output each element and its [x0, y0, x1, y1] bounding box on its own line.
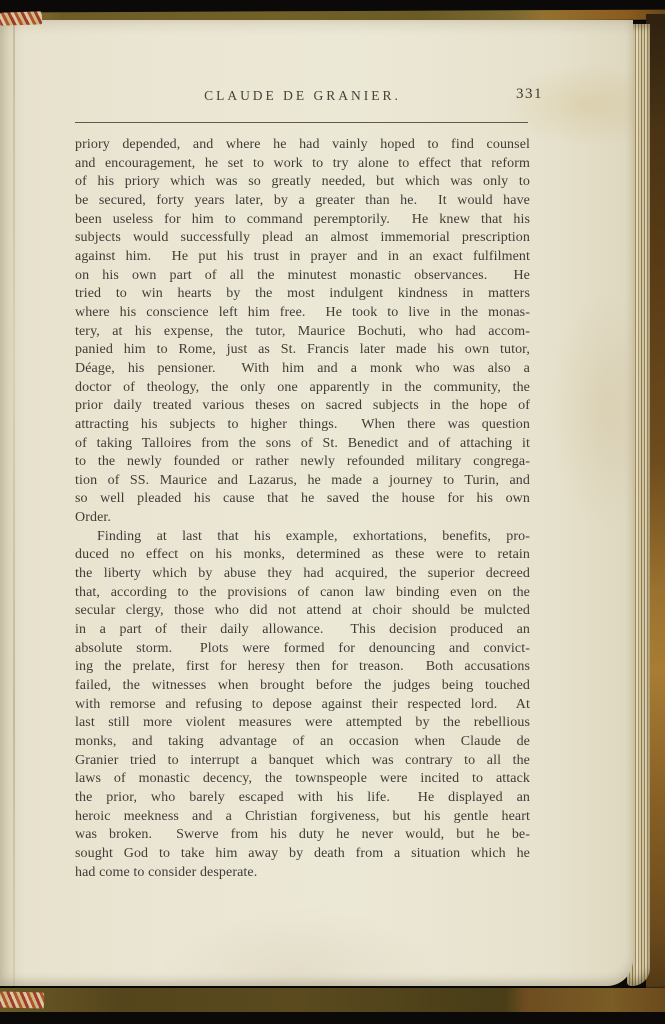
text-line: against him. He put his trust in prayer …: [75, 248, 530, 267]
text-line: tried to win hearts by the most indulgen…: [75, 285, 530, 304]
running-header: CLAUDE DE GRANIER. 331: [75, 86, 530, 110]
text-line: Granier tried to interrupt a banquet whi…: [75, 752, 530, 771]
text-line: duced no effect on his monks, determined…: [75, 546, 530, 565]
text-line: panied him to Rome, just as St. Francis …: [75, 341, 530, 360]
text-line: where his conscience left him free. He t…: [75, 304, 530, 323]
text-line: of taking Talloires from the sons of St.…: [75, 435, 530, 454]
text-line: subjects would successfully plead an alm…: [75, 229, 530, 248]
text-line: failed, the witnesses when brought befor…: [75, 677, 530, 696]
text-line: the liberty which by abuse they had acqu…: [75, 565, 530, 584]
text-line: on his own part of all the minutest mona…: [75, 267, 530, 286]
text-line: priory depended, and where he had vainly…: [75, 136, 530, 155]
paragraph: Finding at last that his example, exhort…: [75, 528, 530, 882]
text-line: was broken. Swerve from his duty he neve…: [75, 826, 530, 845]
page-gutter-crease: [13, 20, 15, 986]
text-line: Finding at last that his example, exhort…: [75, 528, 530, 547]
header-rule: [75, 122, 528, 123]
book-photo: { "book": { "header": { "title": "CLAUDE…: [0, 0, 665, 1024]
text-line: tion of SS. Maurice and Lazarus, he made…: [75, 472, 530, 491]
text-line: tery, at his expense, the tutor, Maurice…: [75, 323, 530, 342]
paragraph: priory depended, and where he had vainly…: [75, 136, 530, 528]
text-line: to the newly founded or rather newly ref…: [75, 453, 530, 472]
text-line: prior daily treated various theses on sa…: [75, 397, 530, 416]
text-line: the prior, who barely escaped with his l…: [75, 789, 530, 808]
text-line: had come to consider desperate.: [75, 864, 530, 883]
text-line: that, according to the provisions of can…: [75, 584, 530, 603]
page-body: priory depended, and where he had vainly…: [75, 136, 530, 882]
text-line: monks, and taking advantage of an occasi…: [75, 733, 530, 752]
text-line: absolute storm. Plots were formed for de…: [75, 640, 530, 659]
text-line: secular clergy, those who did not attend…: [75, 602, 530, 621]
text-line: doctor of theology, the only one apparen…: [75, 379, 530, 398]
header-title: CLAUDE DE GRANIER.: [75, 88, 530, 104]
book-page: CLAUDE DE GRANIER. 331 priory depended, …: [0, 20, 633, 986]
headband-top-left: [0, 11, 42, 25]
text-line: attracting his subjects to higher things…: [75, 416, 530, 435]
headband-bottom-left: [0, 991, 44, 1008]
text-line: heroic meekness and a Christian forgiven…: [75, 808, 530, 827]
text-line: ing the prelate, first for heresy then f…: [75, 658, 530, 677]
text-line: been useless for him to command perempto…: [75, 211, 530, 230]
text-line: laws of monastic decency, the townspeopl…: [75, 770, 530, 789]
page-number: 331: [516, 86, 543, 103]
page-content: CLAUDE DE GRANIER. 331 priory depended, …: [75, 86, 530, 882]
text-line: be secured, forty years later, by a grea…: [75, 192, 530, 211]
book-cover-bottom-edge: [0, 988, 665, 1012]
text-line: in a part of their daily allowance. This…: [75, 621, 530, 640]
text-line: with remorse and refusing to depose agai…: [75, 696, 530, 715]
text-line: so well pleaded his cause that he saved …: [75, 490, 530, 509]
text-line: Déage, his pensioner. With him and a mon…: [75, 360, 530, 379]
text-line: Order.: [75, 509, 530, 528]
text-line: of his priory which was so greatly neede…: [75, 173, 530, 192]
text-line: and encouragement, he set to work to try…: [75, 155, 530, 174]
text-line: sought God to take him away by death fro…: [75, 845, 530, 864]
text-line: last still more violent measures were at…: [75, 714, 530, 733]
